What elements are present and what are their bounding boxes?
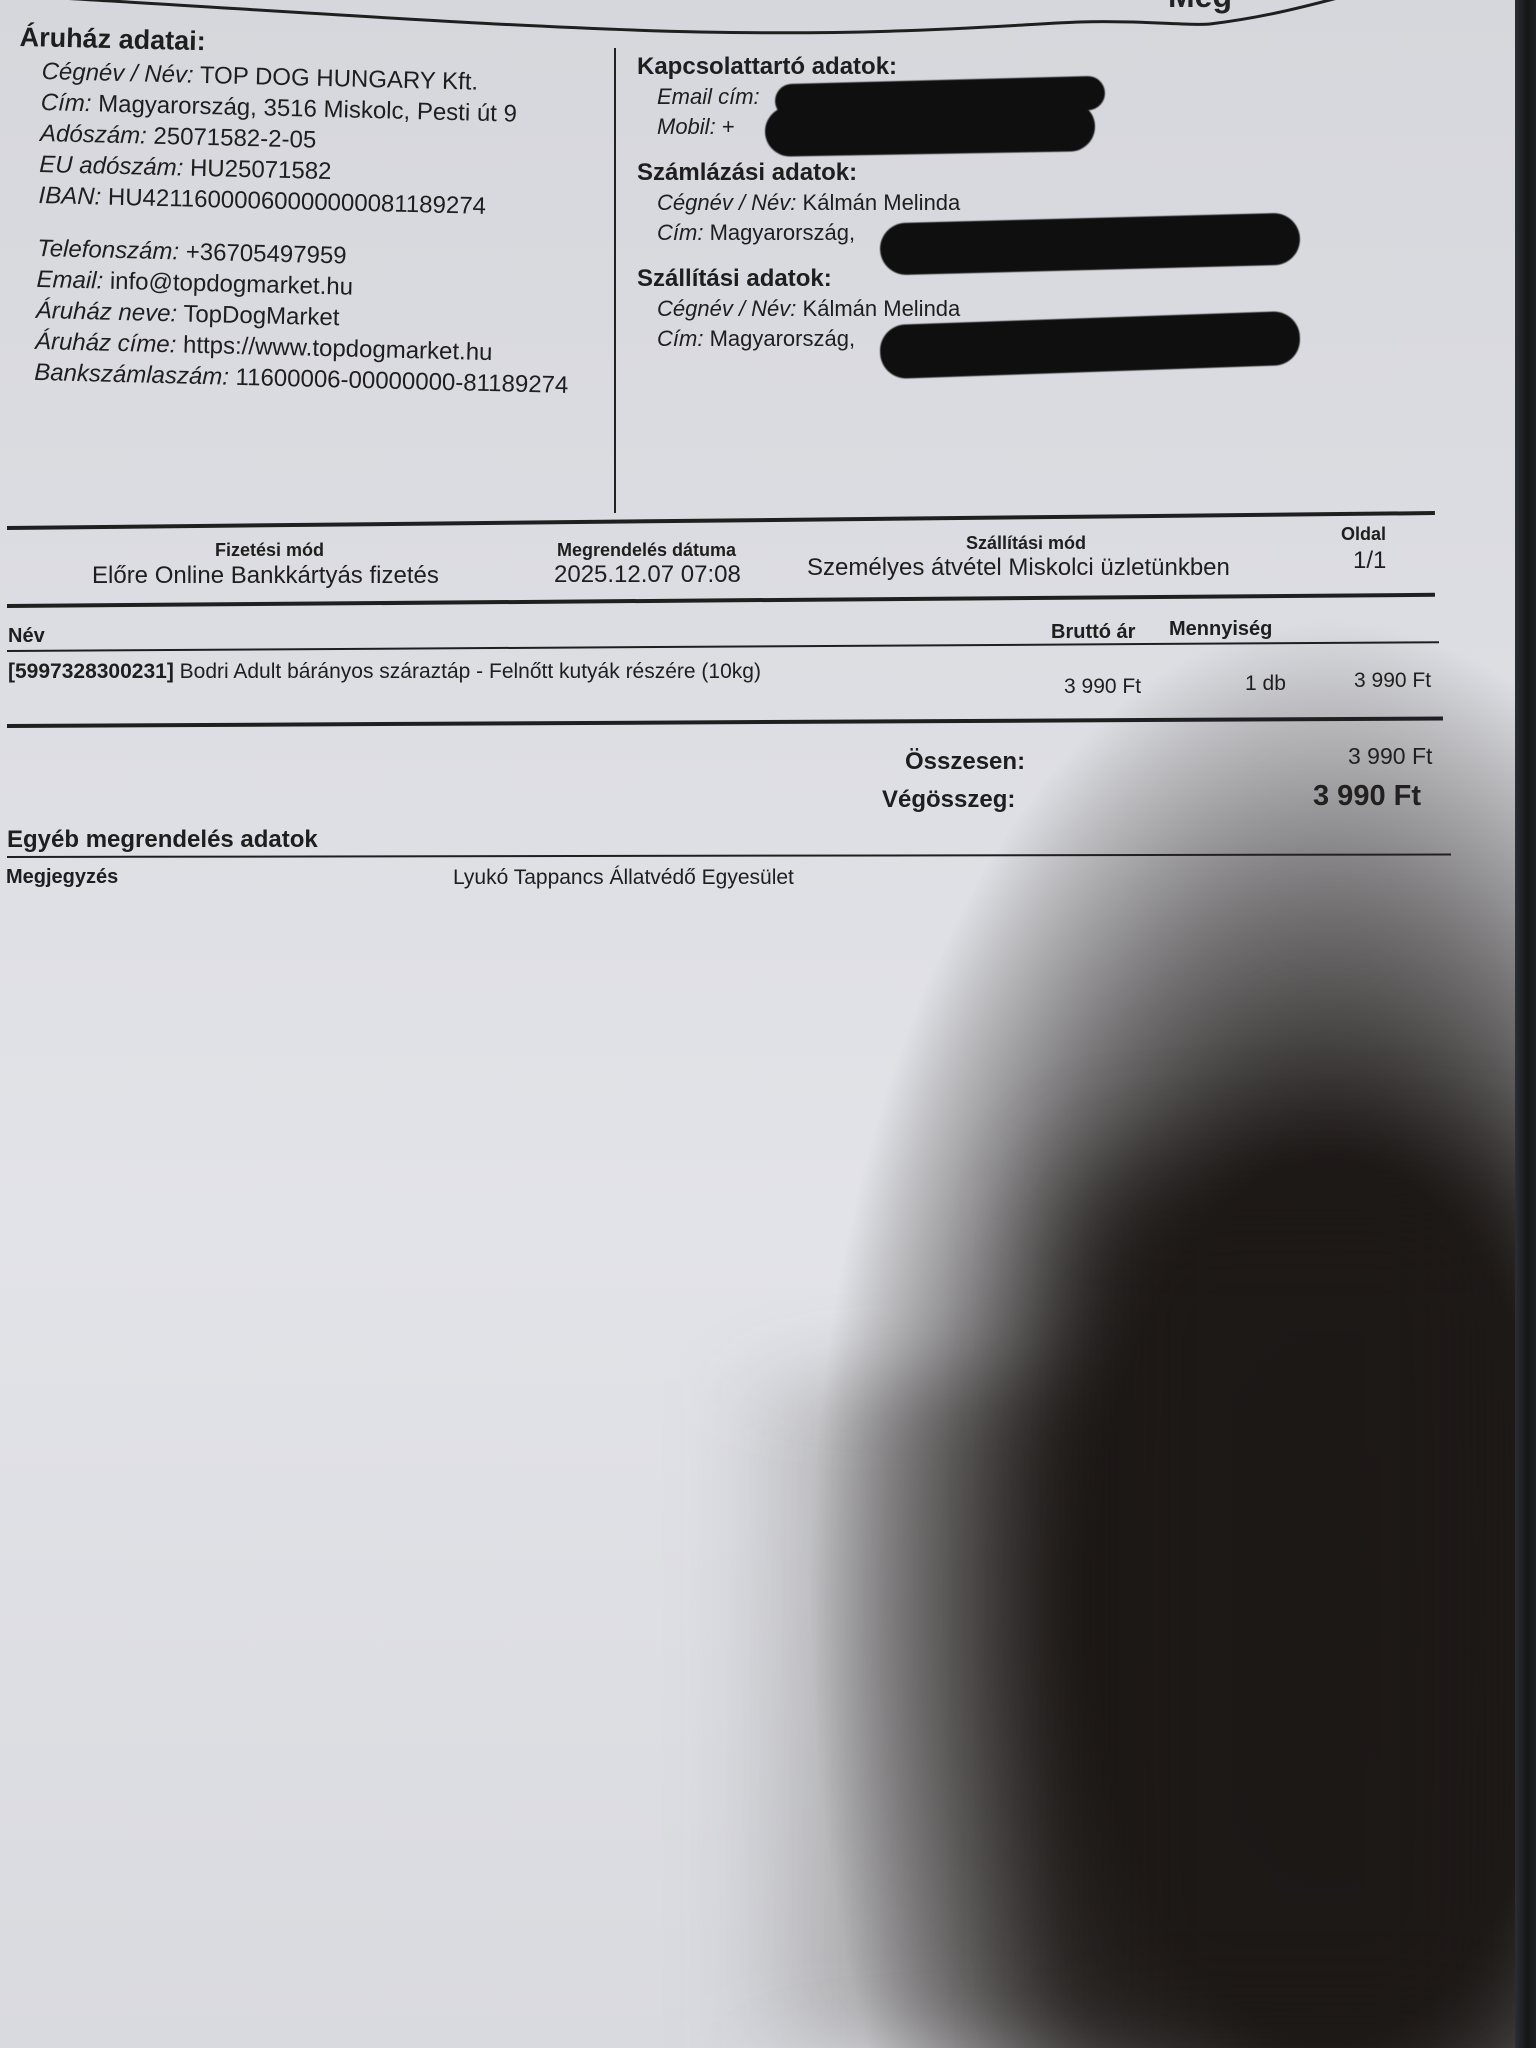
page-label: Oldal [1341,524,1386,545]
other-order-data-heading: Egyéb megrendelés adatok [7,826,318,854]
hand-shadow-core [1080,1180,1515,2048]
other-order-data-rule [7,853,1451,858]
page-value: 1/1 [1353,547,1386,575]
redaction-billing-address [879,213,1300,276]
item-line-total: 3 990 Ft [1354,669,1431,693]
document-title-cut-off: Meg [1168,0,1232,15]
redaction-contact-mobile [765,101,1096,157]
store-info-block: Cégnév / Név: TOP DOG HUNGARY Kft. Cím: … [34,56,576,401]
column-divider [614,48,616,513]
hand-shadow-soft-edge [720,1380,1140,2048]
order-document-page: Meg Áruház adatai: Cégnév / Név: TOP DOG… [0,0,1515,2048]
table-header-rule [7,641,1439,652]
shipping-name-row: Cégnév / Név: Kálmán Melinda [637,294,960,324]
contact-heading: Kapcsolattartó adatok: [637,52,960,82]
subtotal-label: Összesen: [905,748,1025,776]
item-unit-price: 3 990 Ft [1064,675,1141,699]
column-header-name: Név [8,625,45,648]
billing-name-row: Cégnév / Név: Kálmán Melinda [637,188,960,218]
table-bottom-rule [7,716,1443,728]
column-header-gross-price: Bruttó ár [1051,621,1135,644]
background-surface-edge [1515,0,1536,2048]
item-sku: [5997328300231] [8,660,174,683]
shipping-method-label: Szállítási mód [966,533,1086,554]
subtotal-value: 3 990 Ft [1348,743,1432,770]
item-quantity: 1 db [1245,672,1286,696]
note-value: Lyukó Tappancs Állatvédő Egyesület [453,866,794,890]
meta-top-rule [7,511,1435,530]
order-date-label: Megrendelés dátuma [557,540,736,561]
billing-heading: Számlázási adatok: [637,158,960,188]
store-info-heading: Áruház adatai: [19,22,206,57]
shipping-method-value: Személyes átvétel Miskolci üzletünkben [807,554,1230,582]
grand-total-label: Végösszeg: [882,786,1015,814]
payment-method-value: Előre Online Bankkártyás fizetés [92,562,439,590]
note-label: Megjegyzés [6,866,118,889]
order-date-value: 2025.12.07 07:08 [554,561,741,589]
column-header-quantity: Mennyiség [1169,618,1272,641]
meta-bottom-rule [7,593,1435,608]
item-name: Bodri Adult bárányos száraztáp - Felnőtt… [180,660,761,683]
grand-total-value: 3 990 Ft [1313,780,1421,813]
header-curved-rule [0,0,1515,40]
payment-method-label: Fizetési mód [215,540,324,561]
item-name-cell: [5997328300231] Bodri Adult bárányos szá… [8,660,761,684]
